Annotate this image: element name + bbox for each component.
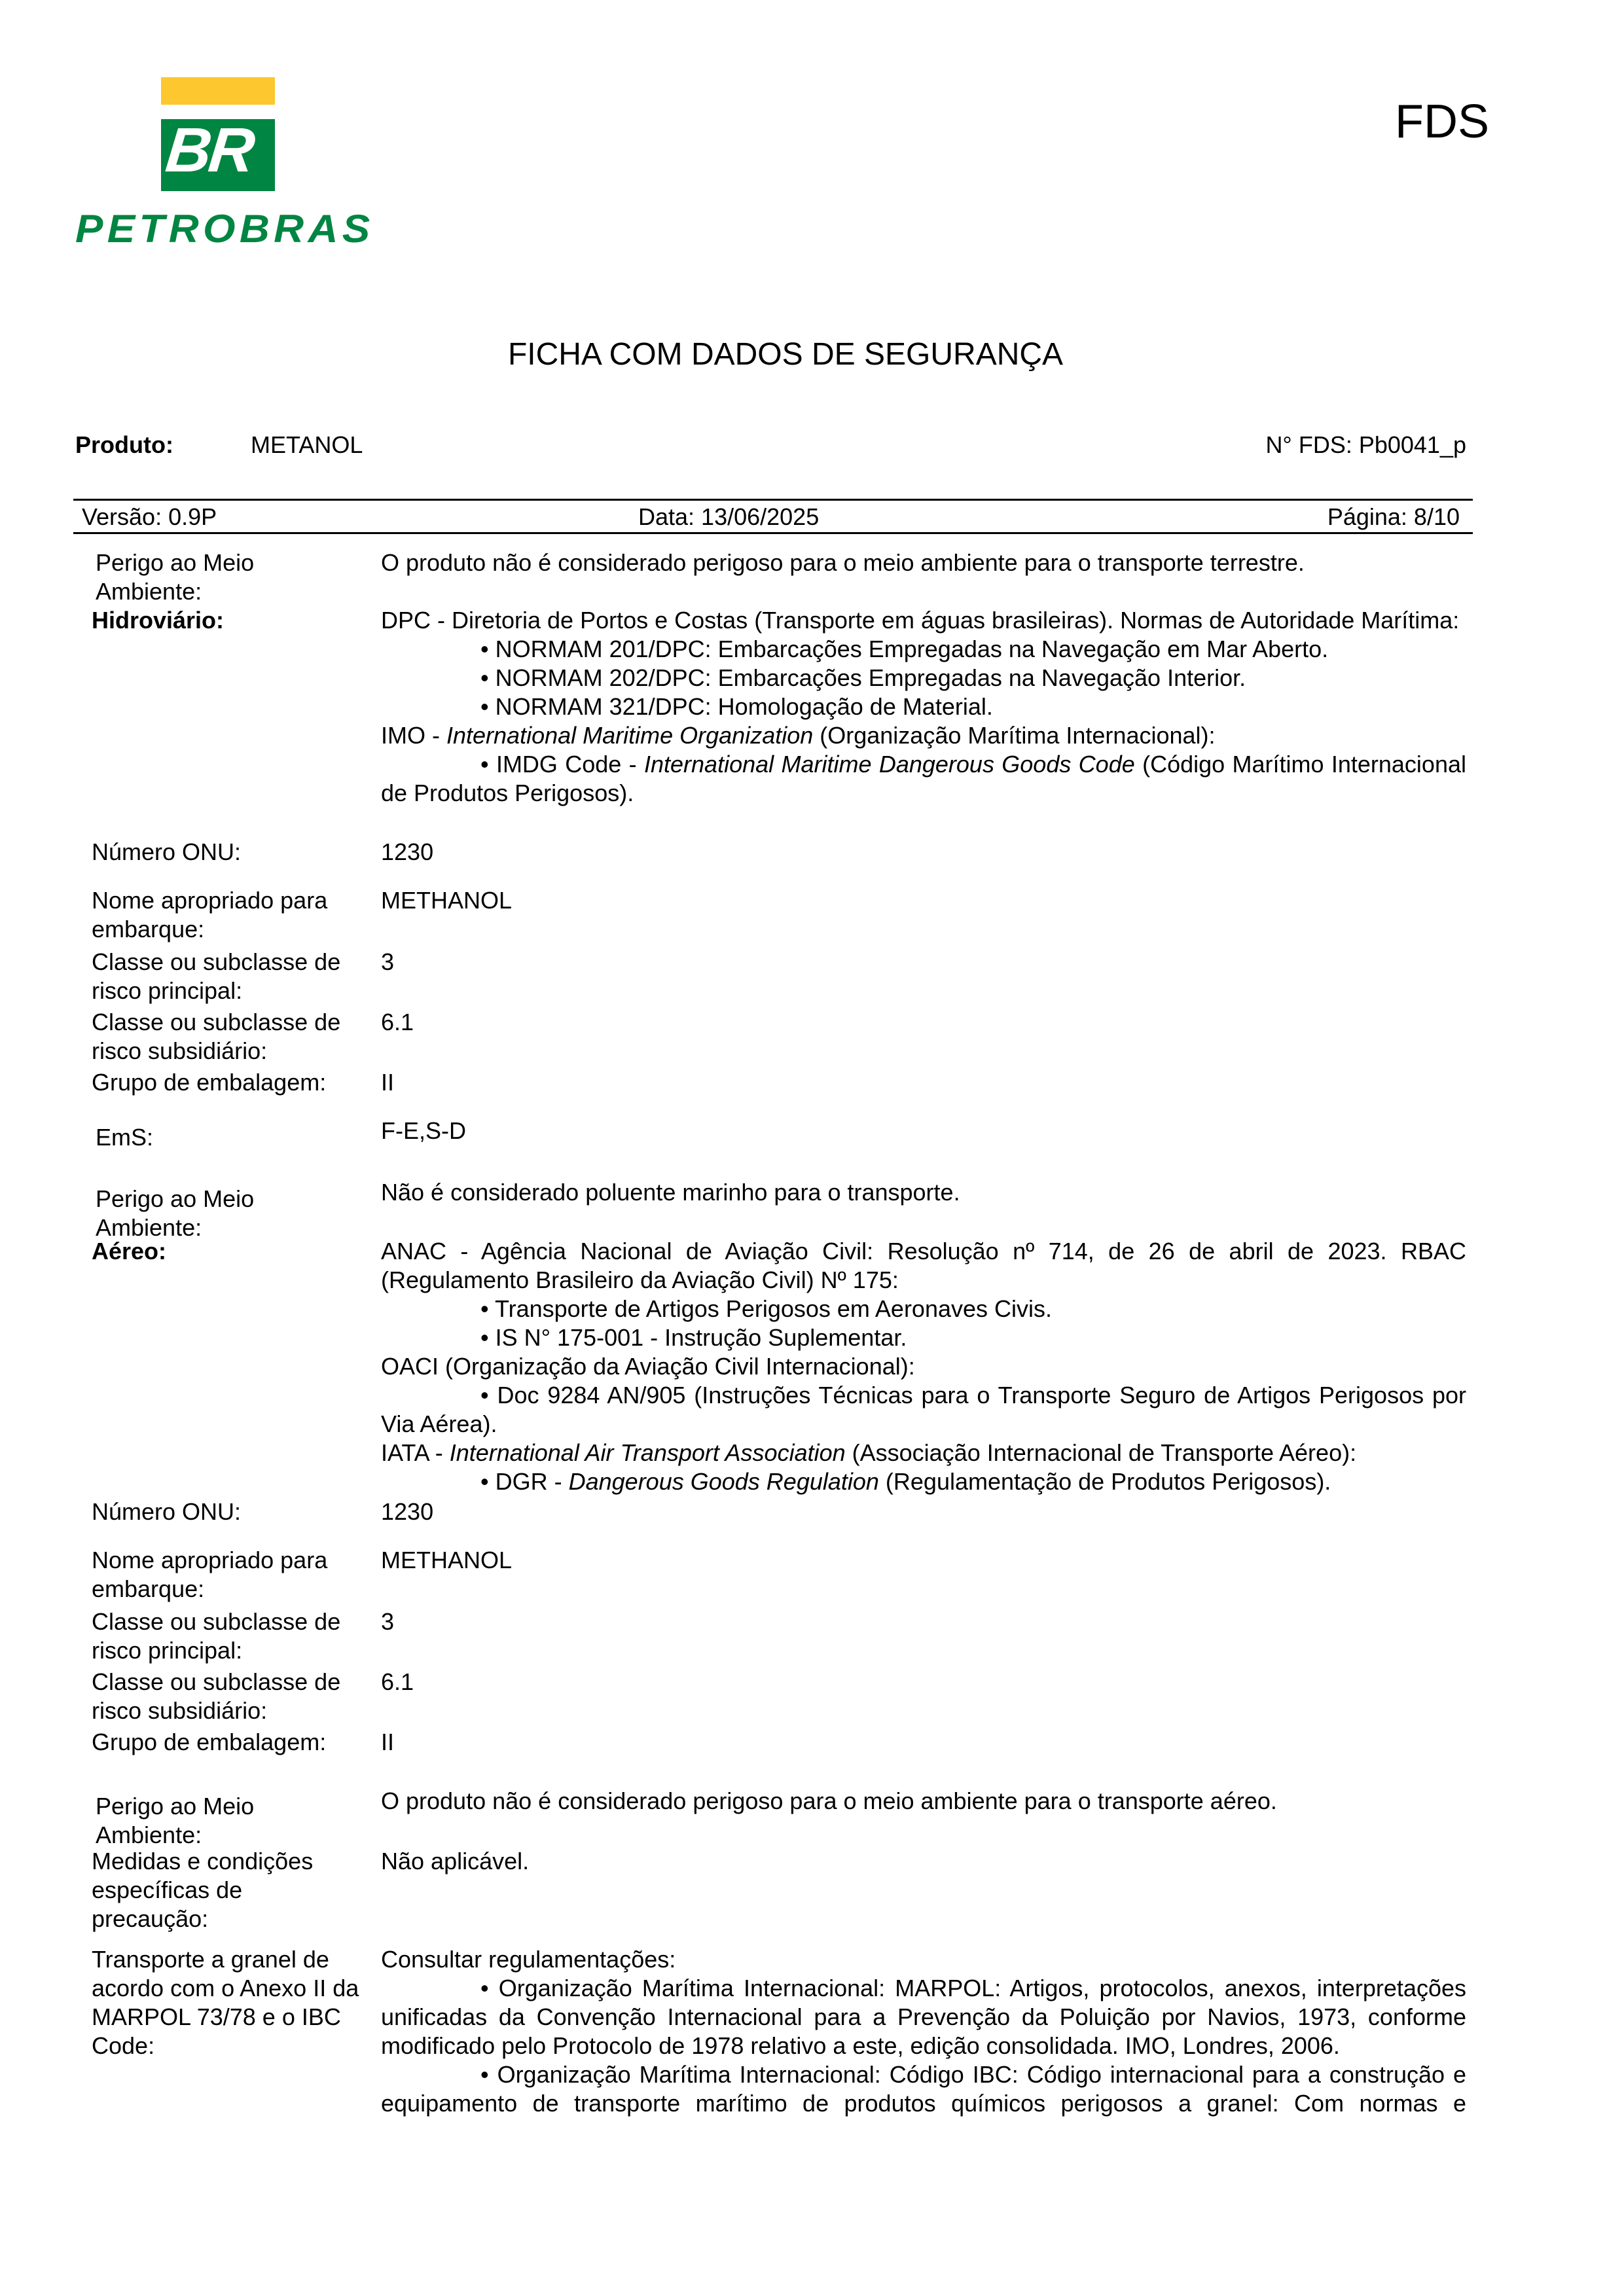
imdg-bullet: • IMDG Code - International Maritime Dan… [381,750,1466,808]
bulk-transport-regulations: Consultar regulamentações: • Organização… [381,1945,1466,2118]
oaci-line: OACI (Organização da Aviação Civil Inter… [381,1352,1466,1381]
field-label: Transporte a granel de acordo com o Anex… [92,1945,360,2060]
imo-line: IMO - International Maritime Organizatio… [381,721,1466,750]
field-value: II [381,1068,1466,1097]
field-value: 3 [381,948,1466,977]
field-label: Nome apropriado para embarque: [92,886,353,944]
version: Versão: 0.9P [82,504,217,530]
field-label: Perigo ao Meio Ambiente: [96,548,292,606]
product-label: Produto: [75,432,173,458]
field-label: Classe ou subclasse de risco principal: [92,1607,373,1665]
field-value: 3 [381,1607,1466,1636]
logo-yellow-bar [161,77,275,105]
field-value: F-E,S-D [381,1117,1466,1145]
field-label: Grupo de embalagem: [92,1728,367,1757]
aereo-regulations: ANAC - Agência Nacional de Aviação Civil… [381,1237,1466,1496]
field-value: 6.1 [381,1668,1466,1696]
product-value: METANOL [251,432,363,458]
section-label-aereo: Aéreo: [92,1237,367,1266]
marpol-bullet: • Organização Marítima Internacional: MA… [381,1974,1466,2060]
field-value: METHANOL [381,886,1466,915]
normam-bullet: • NORMAM 201/DPC: Embarcações Empregadas… [381,635,1466,664]
header-rule-bottom [73,532,1473,534]
field-value: II [381,1728,1466,1757]
field-label: Classe ou subclasse de risco subsidiário… [92,1008,373,1066]
field-value: O produto não é considerado perigoso par… [381,1787,1466,1816]
normam-bullet: • NORMAM 321/DPC: Homologação de Materia… [381,692,1466,721]
field-label: EmS: [96,1123,370,1152]
rbac-bullet: • IS N° 175-001 - Instrução Suplementar. [381,1323,1466,1352]
logo-wordmark: PETROBRAS [75,209,374,249]
field-value: O produto não é considerado perigoso par… [381,548,1466,577]
rbac-bullet: • Transporte de Artigos Perigosos em Aer… [381,1295,1466,1323]
field-value: 1230 [381,838,1466,867]
field-value: Não é considerado poluente marinho para … [381,1178,1466,1207]
field-label: Nome apropriado para embarque: [92,1546,353,1604]
bulk-intro: Consultar regulamentações: [381,1945,1466,1974]
field-label: Medidas e condições específicas de preca… [92,1847,334,1933]
iata-line: IATA - International Air Transport Assoc… [381,1439,1466,1467]
section-label-hidroviario: Hidroviário: [92,606,367,635]
field-label: Classe ou subclasse de risco principal: [92,948,373,1005]
doc-9284-bullet: • Doc 9284 AN/905 (Instruções Técnicas p… [381,1381,1466,1439]
field-label: Número ONU: [92,1498,367,1526]
dgr-bullet: • DGR - Dangerous Goods Regulation (Regu… [381,1467,1466,1496]
normam-bullet: • NORMAM 202/DPC: Embarcações Empregadas… [381,664,1466,692]
fds-number: N° FDS: Pb0041_p [1265,432,1466,458]
field-value: METHANOL [381,1546,1466,1575]
field-label: Perigo ao Meio Ambiente: [96,1792,292,1850]
page-title: FICHA COM DADOS DE SEGURANÇA [0,339,1571,370]
page-number: Página: 8/10 [1327,504,1460,530]
anac-intro: ANAC - Agência Nacional de Aviação Civil… [381,1237,1466,1295]
field-label: Perigo ao Meio Ambiente: [96,1185,292,1242]
field-label: Grupo de embalagem: [92,1068,367,1097]
field-value: Não aplicável. [381,1847,1466,1876]
date: Data: 13/06/2025 [638,504,819,530]
logo-green-box: BR [161,119,275,191]
field-value: 6.1 [381,1008,1466,1037]
doc-type-tag: FDS [1395,98,1489,145]
field-label: Número ONU: [92,838,367,867]
field-value: 1230 [381,1498,1466,1526]
dpc-intro: DPC - Diretoria de Portos e Costas (Tran… [381,606,1466,635]
ibc-bullet: • Organização Marítima Internacional: Có… [381,2060,1466,2118]
header-rule-top [73,499,1473,501]
field-label: Classe ou subclasse de risco subsidiário… [92,1668,373,1725]
petrobras-logo: BR PETROBRAS [75,77,367,254]
hidroviario-regulations: DPC - Diretoria de Portos e Costas (Tran… [381,606,1466,808]
logo-br-mark: BR [163,119,255,182]
